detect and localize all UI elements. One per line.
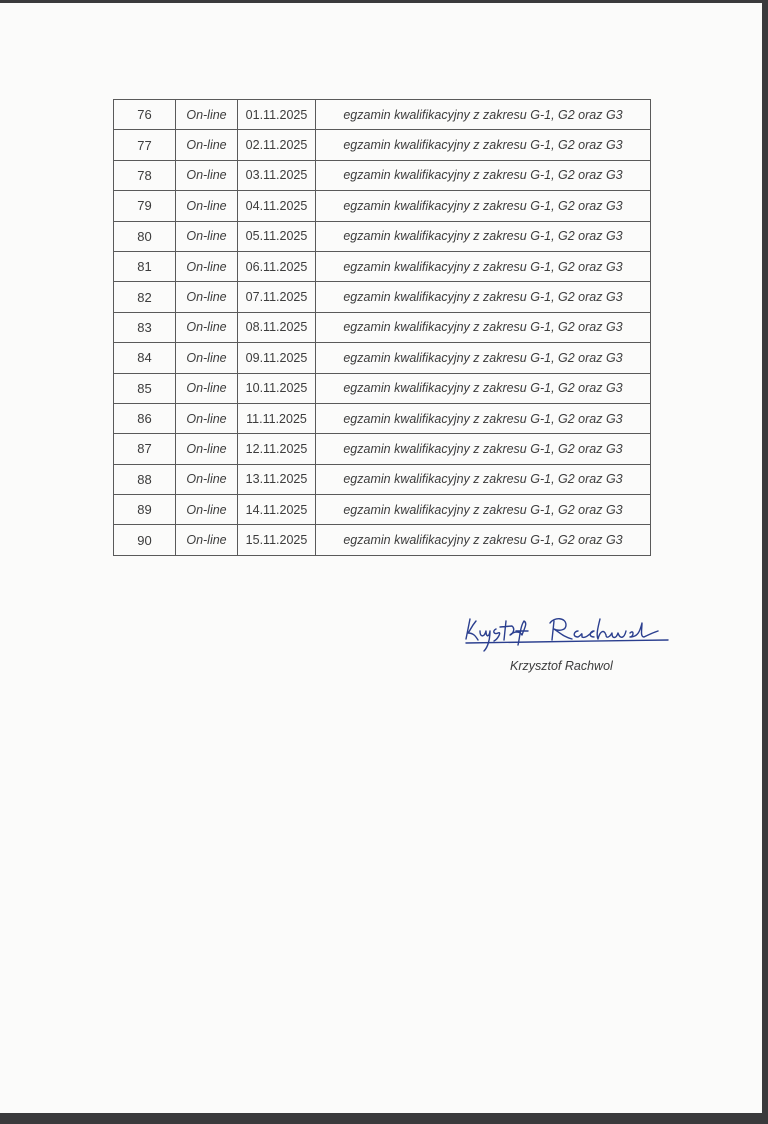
row-description: egzamin kwalifikacyjny z zakresu G-1, G2…: [316, 464, 651, 494]
exam-schedule-table: 76On-line01.11.2025egzamin kwalifikacyjn…: [113, 99, 651, 556]
table-body: 76On-line01.11.2025egzamin kwalifikacyjn…: [114, 100, 651, 556]
row-description: egzamin kwalifikacyjny z zakresu G-1, G2…: [316, 160, 651, 190]
row-number: 88: [114, 464, 176, 494]
row-number: 83: [114, 312, 176, 342]
document-page: 76On-line01.11.2025egzamin kwalifikacyjn…: [0, 3, 762, 1113]
row-description: egzamin kwalifikacyjny z zakresu G-1, G2…: [316, 373, 651, 403]
row-mode: On-line: [176, 100, 238, 130]
table-row: 84On-line09.11.2025egzamin kwalifikacyjn…: [114, 343, 651, 373]
row-description: egzamin kwalifikacyjny z zakresu G-1, G2…: [316, 525, 651, 555]
row-mode: On-line: [176, 312, 238, 342]
row-number: 89: [114, 495, 176, 525]
table-row: 87On-line12.11.2025egzamin kwalifikacyjn…: [114, 434, 651, 464]
row-number: 85: [114, 373, 176, 403]
row-description: egzamin kwalifikacyjny z zakresu G-1, G2…: [316, 130, 651, 160]
row-date: 01.11.2025: [238, 100, 316, 130]
row-number: 86: [114, 403, 176, 433]
table-row: 83On-line08.11.2025egzamin kwalifikacyjn…: [114, 312, 651, 342]
row-mode: On-line: [176, 373, 238, 403]
row-description: egzamin kwalifikacyjny z zakresu G-1, G2…: [316, 191, 651, 221]
row-description: egzamin kwalifikacyjny z zakresu G-1, G2…: [316, 100, 651, 130]
row-mode: On-line: [176, 343, 238, 373]
row-description: egzamin kwalifikacyjny z zakresu G-1, G2…: [316, 495, 651, 525]
table-row: 78On-line03.11.2025egzamin kwalifikacyjn…: [114, 160, 651, 190]
row-date: 14.11.2025: [238, 495, 316, 525]
row-date: 08.11.2025: [238, 312, 316, 342]
row-date: 11.11.2025: [238, 403, 316, 433]
row-description: egzamin kwalifikacyjny z zakresu G-1, G2…: [316, 282, 651, 312]
row-date: 07.11.2025: [238, 282, 316, 312]
table-row: 77On-line02.11.2025egzamin kwalifikacyjn…: [114, 130, 651, 160]
row-mode: On-line: [176, 495, 238, 525]
row-mode: On-line: [176, 403, 238, 433]
row-number: 78: [114, 160, 176, 190]
row-number: 80: [114, 221, 176, 251]
row-date: 15.11.2025: [238, 525, 316, 555]
row-mode: On-line: [176, 221, 238, 251]
signer-name: Krzysztof Rachwol: [510, 659, 613, 673]
table-row: 81On-line06.11.2025egzamin kwalifikacyjn…: [114, 251, 651, 281]
row-number: 82: [114, 282, 176, 312]
handwritten-signature: [462, 613, 672, 653]
row-number: 79: [114, 191, 176, 221]
row-description: egzamin kwalifikacyjny z zakresu G-1, G2…: [316, 403, 651, 433]
row-mode: On-line: [176, 434, 238, 464]
row-mode: On-line: [176, 191, 238, 221]
row-date: 04.11.2025: [238, 191, 316, 221]
row-date: 10.11.2025: [238, 373, 316, 403]
table-row: 89On-line14.11.2025egzamin kwalifikacyjn…: [114, 495, 651, 525]
table-row: 76On-line01.11.2025egzamin kwalifikacyjn…: [114, 100, 651, 130]
row-mode: On-line: [176, 130, 238, 160]
table-row: 82On-line07.11.2025egzamin kwalifikacyjn…: [114, 282, 651, 312]
table-row: 90On-line15.11.2025egzamin kwalifikacyjn…: [114, 525, 651, 555]
row-mode: On-line: [176, 464, 238, 494]
row-mode: On-line: [176, 282, 238, 312]
row-number: 87: [114, 434, 176, 464]
row-number: 76: [114, 100, 176, 130]
row-description: egzamin kwalifikacyjny z zakresu G-1, G2…: [316, 251, 651, 281]
row-date: 09.11.2025: [238, 343, 316, 373]
row-mode: On-line: [176, 160, 238, 190]
table-row: 88On-line13.11.2025egzamin kwalifikacyjn…: [114, 464, 651, 494]
row-description: egzamin kwalifikacyjny z zakresu G-1, G2…: [316, 312, 651, 342]
table-row: 80On-line05.11.2025egzamin kwalifikacyjn…: [114, 221, 651, 251]
row-description: egzamin kwalifikacyjny z zakresu G-1, G2…: [316, 434, 651, 464]
row-mode: On-line: [176, 251, 238, 281]
row-description: egzamin kwalifikacyjny z zakresu G-1, G2…: [316, 343, 651, 373]
row-number: 84: [114, 343, 176, 373]
row-number: 90: [114, 525, 176, 555]
row-date: 03.11.2025: [238, 160, 316, 190]
table-row: 86On-line11.11.2025egzamin kwalifikacyjn…: [114, 403, 651, 433]
row-description: egzamin kwalifikacyjny z zakresu G-1, G2…: [316, 221, 651, 251]
table-row: 79On-line04.11.2025egzamin kwalifikacyjn…: [114, 191, 651, 221]
row-date: 05.11.2025: [238, 221, 316, 251]
row-date: 06.11.2025: [238, 251, 316, 281]
row-date: 12.11.2025: [238, 434, 316, 464]
row-number: 77: [114, 130, 176, 160]
row-number: 81: [114, 251, 176, 281]
table-row: 85On-line10.11.2025egzamin kwalifikacyjn…: [114, 373, 651, 403]
row-date: 13.11.2025: [238, 464, 316, 494]
row-mode: On-line: [176, 525, 238, 555]
row-date: 02.11.2025: [238, 130, 316, 160]
